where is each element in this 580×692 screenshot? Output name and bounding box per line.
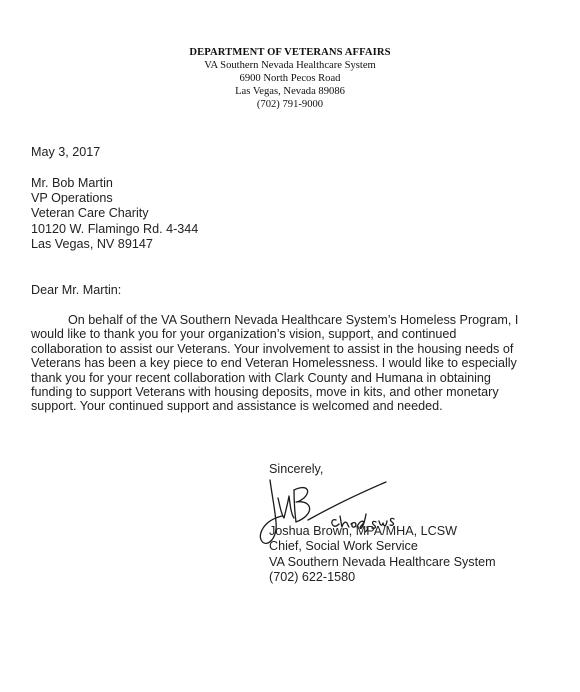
letter-body: On behalf of the VA Southern Nevada Heal… [31, 313, 576, 414]
body-line: support. Your continued support and assi… [31, 399, 576, 413]
recipient-city: Las Vegas, NV 89147 [31, 237, 198, 252]
letterhead-phone: (702) 791-9000 [0, 98, 580, 111]
recipient-address: Mr. Bob Martin VP Operations Veteran Car… [31, 176, 198, 252]
signer-phone: (702) 622-1580 [269, 570, 496, 585]
health-system-name: VA Southern Nevada Healthcare System [0, 59, 580, 72]
signer-name: Joshua Brown, MPA/MHA, LCSW [269, 524, 496, 539]
signature-block: Joshua Brown, MPA/MHA, LCSW Chief, Socia… [269, 524, 496, 586]
recipient-name: Mr. Bob Martin [31, 176, 198, 191]
body-line: would like to thank you for your organiz… [31, 327, 576, 341]
signer-title: Chief, Social Work Service [269, 539, 496, 554]
body-line: funding to support Veterans with housing… [31, 385, 576, 399]
letter-date: May 3, 2017 [31, 144, 100, 160]
letterhead-city: Las Vegas, Nevada 89086 [0, 85, 580, 98]
letterhead: DEPARTMENT OF VETERANS AFFAIRS VA Southe… [0, 46, 580, 111]
body-line: On behalf of the VA Southern Nevada Heal… [31, 313, 576, 327]
signer-organization: VA Southern Nevada Healthcare System [269, 555, 496, 570]
recipient-organization: Veteran Care Charity [31, 206, 198, 221]
body-line: Veterans has been a key piece to end Vet… [31, 356, 576, 370]
letterhead-street: 6900 North Pecos Road [0, 72, 580, 85]
body-line: collaboration to assist our Veterans. Yo… [31, 342, 576, 356]
body-line: thank you for your recent collaboration … [31, 371, 576, 385]
recipient-title: VP Operations [31, 191, 198, 206]
salutation: Dear Mr. Martin: [31, 283, 121, 297]
recipient-street: 10120 W. Flamingo Rd. 4-344 [31, 222, 198, 237]
department-name: DEPARTMENT OF VETERANS AFFAIRS [0, 46, 580, 59]
